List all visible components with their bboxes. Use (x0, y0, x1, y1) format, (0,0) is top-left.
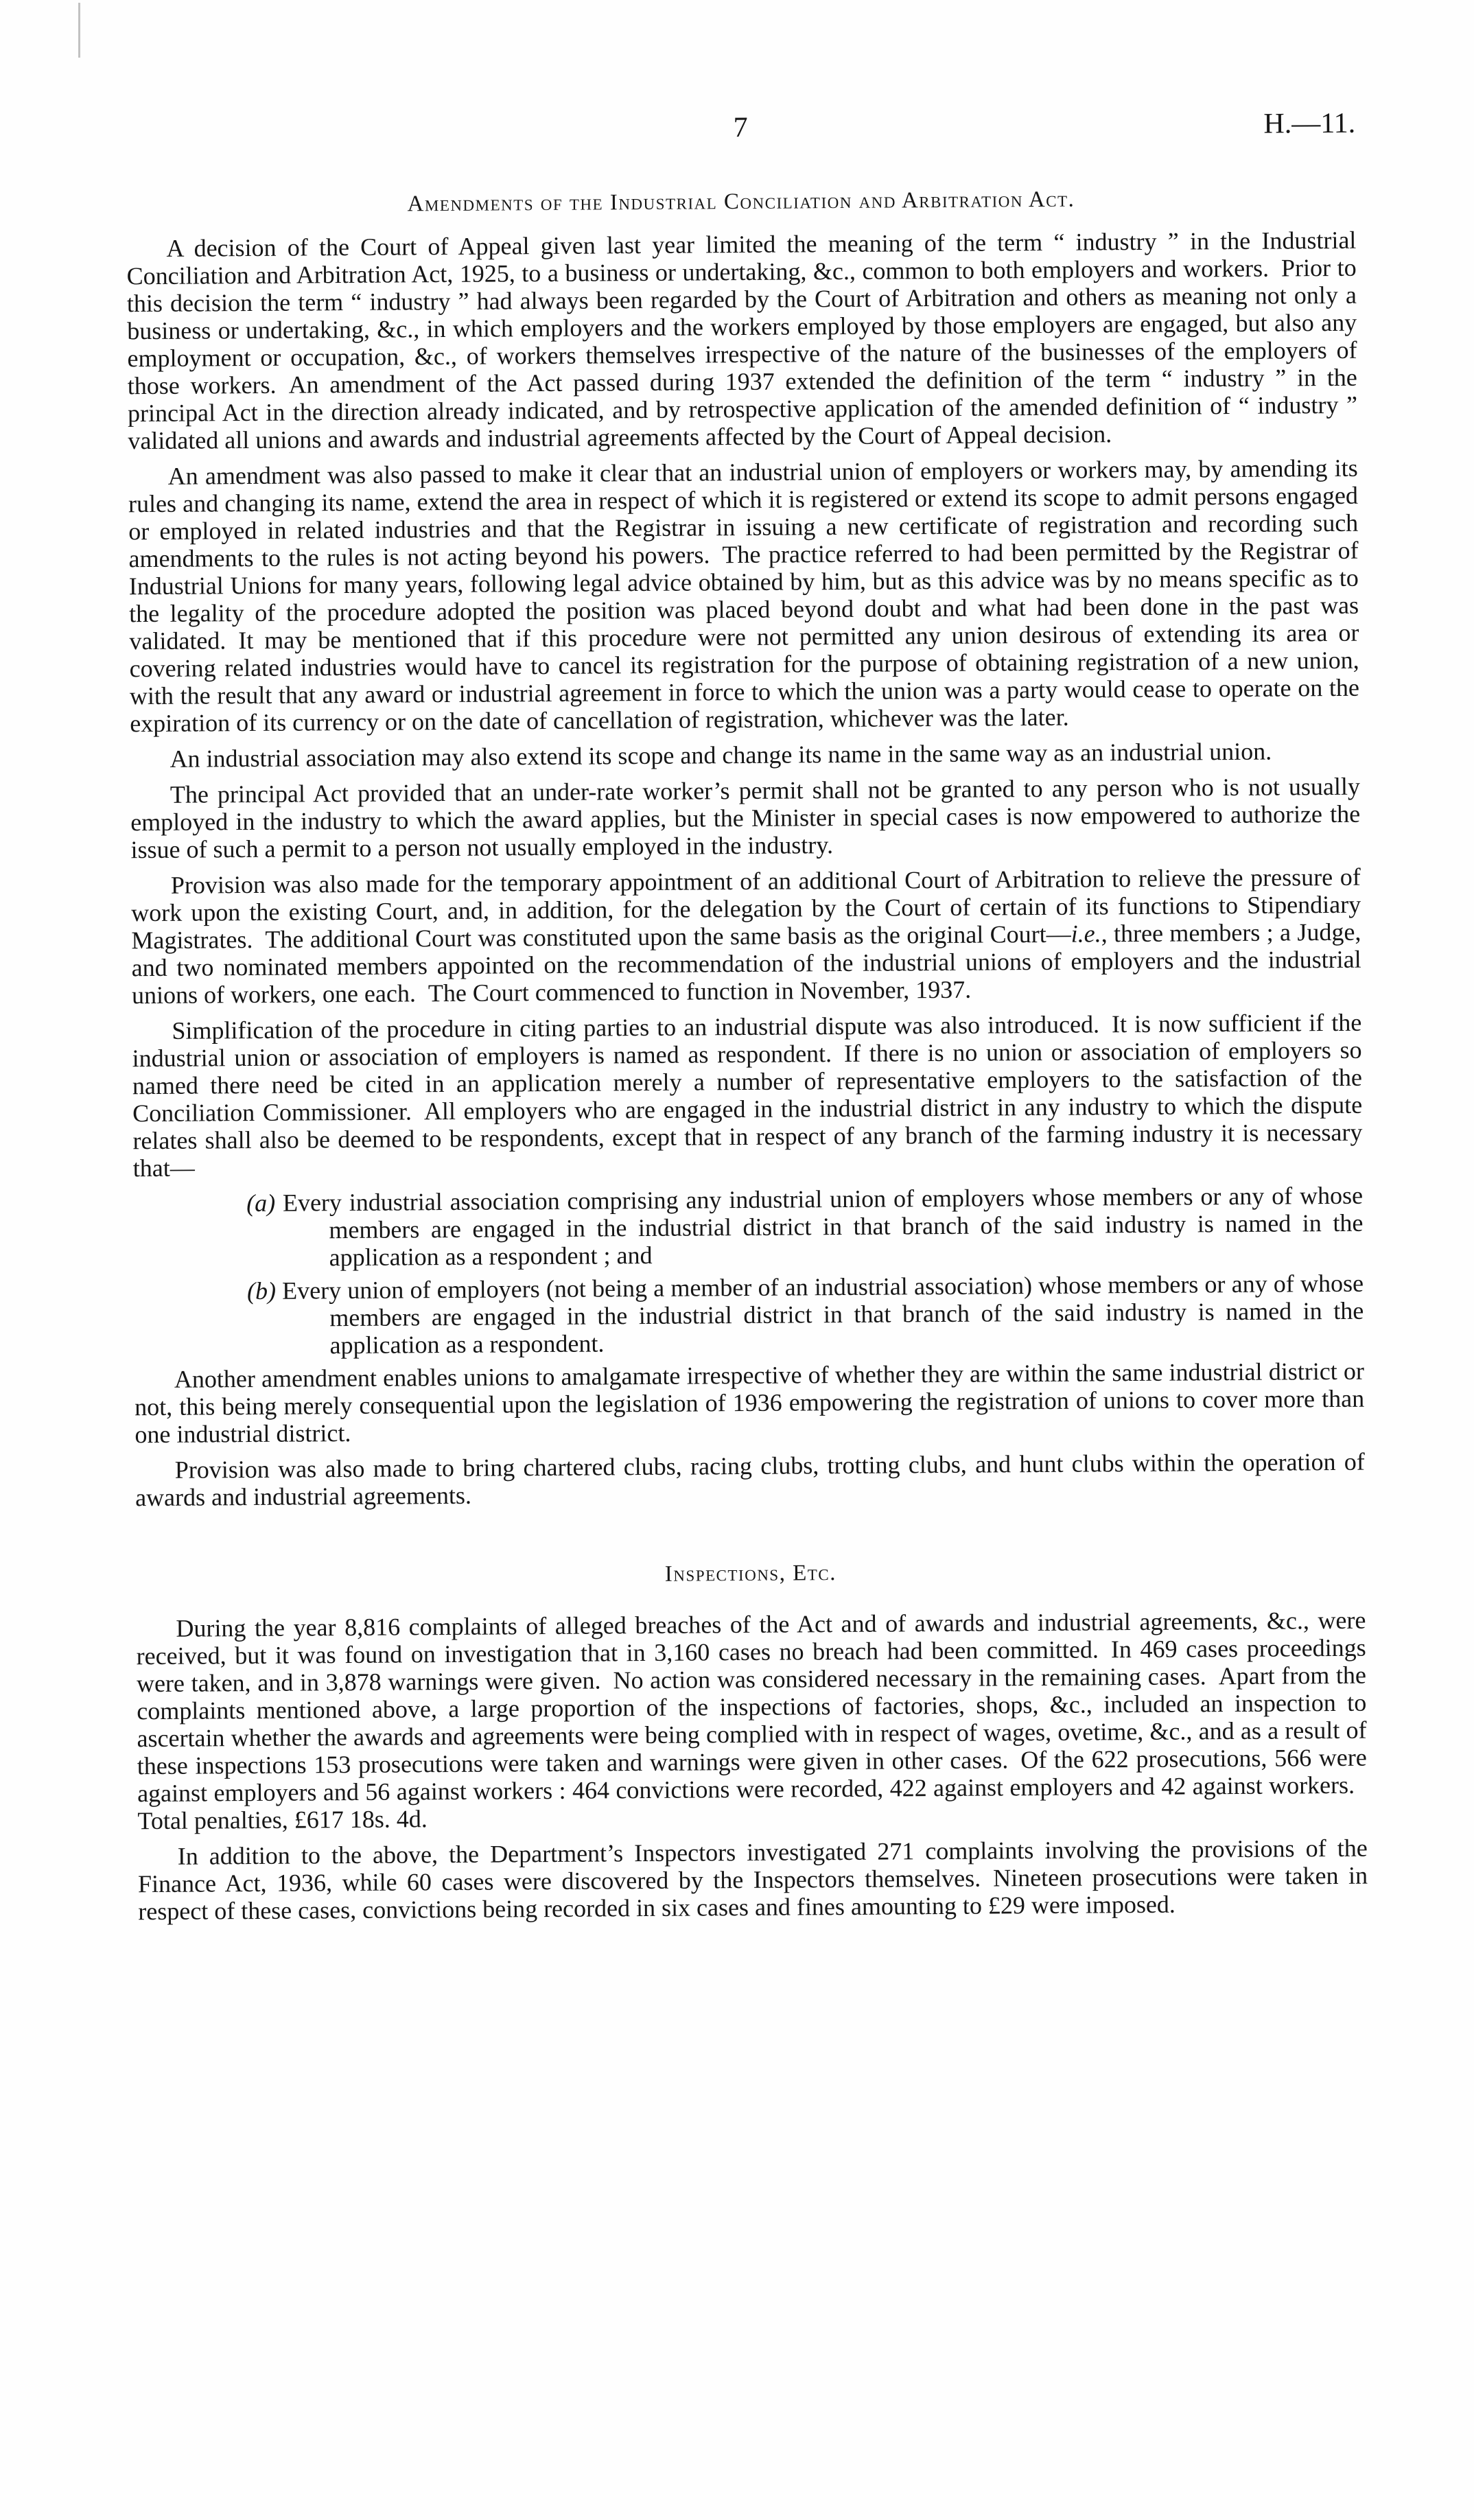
paragraph-union-rules-amendment: An amendment was also passed to make it … (128, 454, 1360, 738)
paragraph-amalgamation: Another amendment enables unions to amal… (134, 1357, 1365, 1449)
scan-artifact (78, 3, 80, 58)
list-label-b: (b) (247, 1277, 276, 1305)
document-reference: H.—11. (747, 104, 1355, 147)
document-page: 7 H.—11. Amendments of the Industrial Co… (0, 0, 1474, 2520)
paragraph-court-of-appeal-decision: A decision of the Court of Appeal given … (126, 226, 1357, 455)
paragraph-under-rate-permit: The principal Act provided that an under… (130, 773, 1361, 864)
header-spacer (126, 137, 733, 141)
list-label-a: (a) (246, 1189, 275, 1217)
list-text-a: Every industrial association comprising … (283, 1182, 1364, 1272)
page-header: 7 H.—11. (126, 104, 1355, 152)
paragraph-additional-court: Provision was also made for the temporar… (131, 863, 1361, 1010)
section-heading-inspections: Inspections, Etc. (136, 1554, 1366, 1594)
paragraph-finance-act-cases: In addition to the above, the Department… (138, 1834, 1368, 1926)
list-item-a: (a) Every industrial association compris… (133, 1182, 1364, 1273)
section-inspections: Inspections, Etc. During the year 8,816 … (136, 1554, 1368, 1925)
page-number: 7 (734, 108, 748, 147)
paragraph-industrial-association: An industrial association may also exten… (130, 737, 1359, 773)
list-item-b: (b) Every union of employers (not being … (134, 1270, 1364, 1361)
list-text-b: Every union of employers (not being a me… (282, 1270, 1364, 1360)
paragraph-clubs: Provision was also made to bring charter… (135, 1448, 1366, 1512)
paragraph-citing-parties: Simplification of the procedure in citin… (132, 1009, 1363, 1182)
section-heading-amendments: Amendments of the Industrial Conciliatio… (126, 183, 1356, 222)
page-content: 7 H.—11. Amendments of the Industrial Co… (126, 104, 1368, 1933)
section-amendments: Amendments of the Industrial Conciliatio… (126, 183, 1365, 1511)
paragraph-complaints-statistics: During the year 8,816 complaints of alle… (136, 1607, 1367, 1835)
